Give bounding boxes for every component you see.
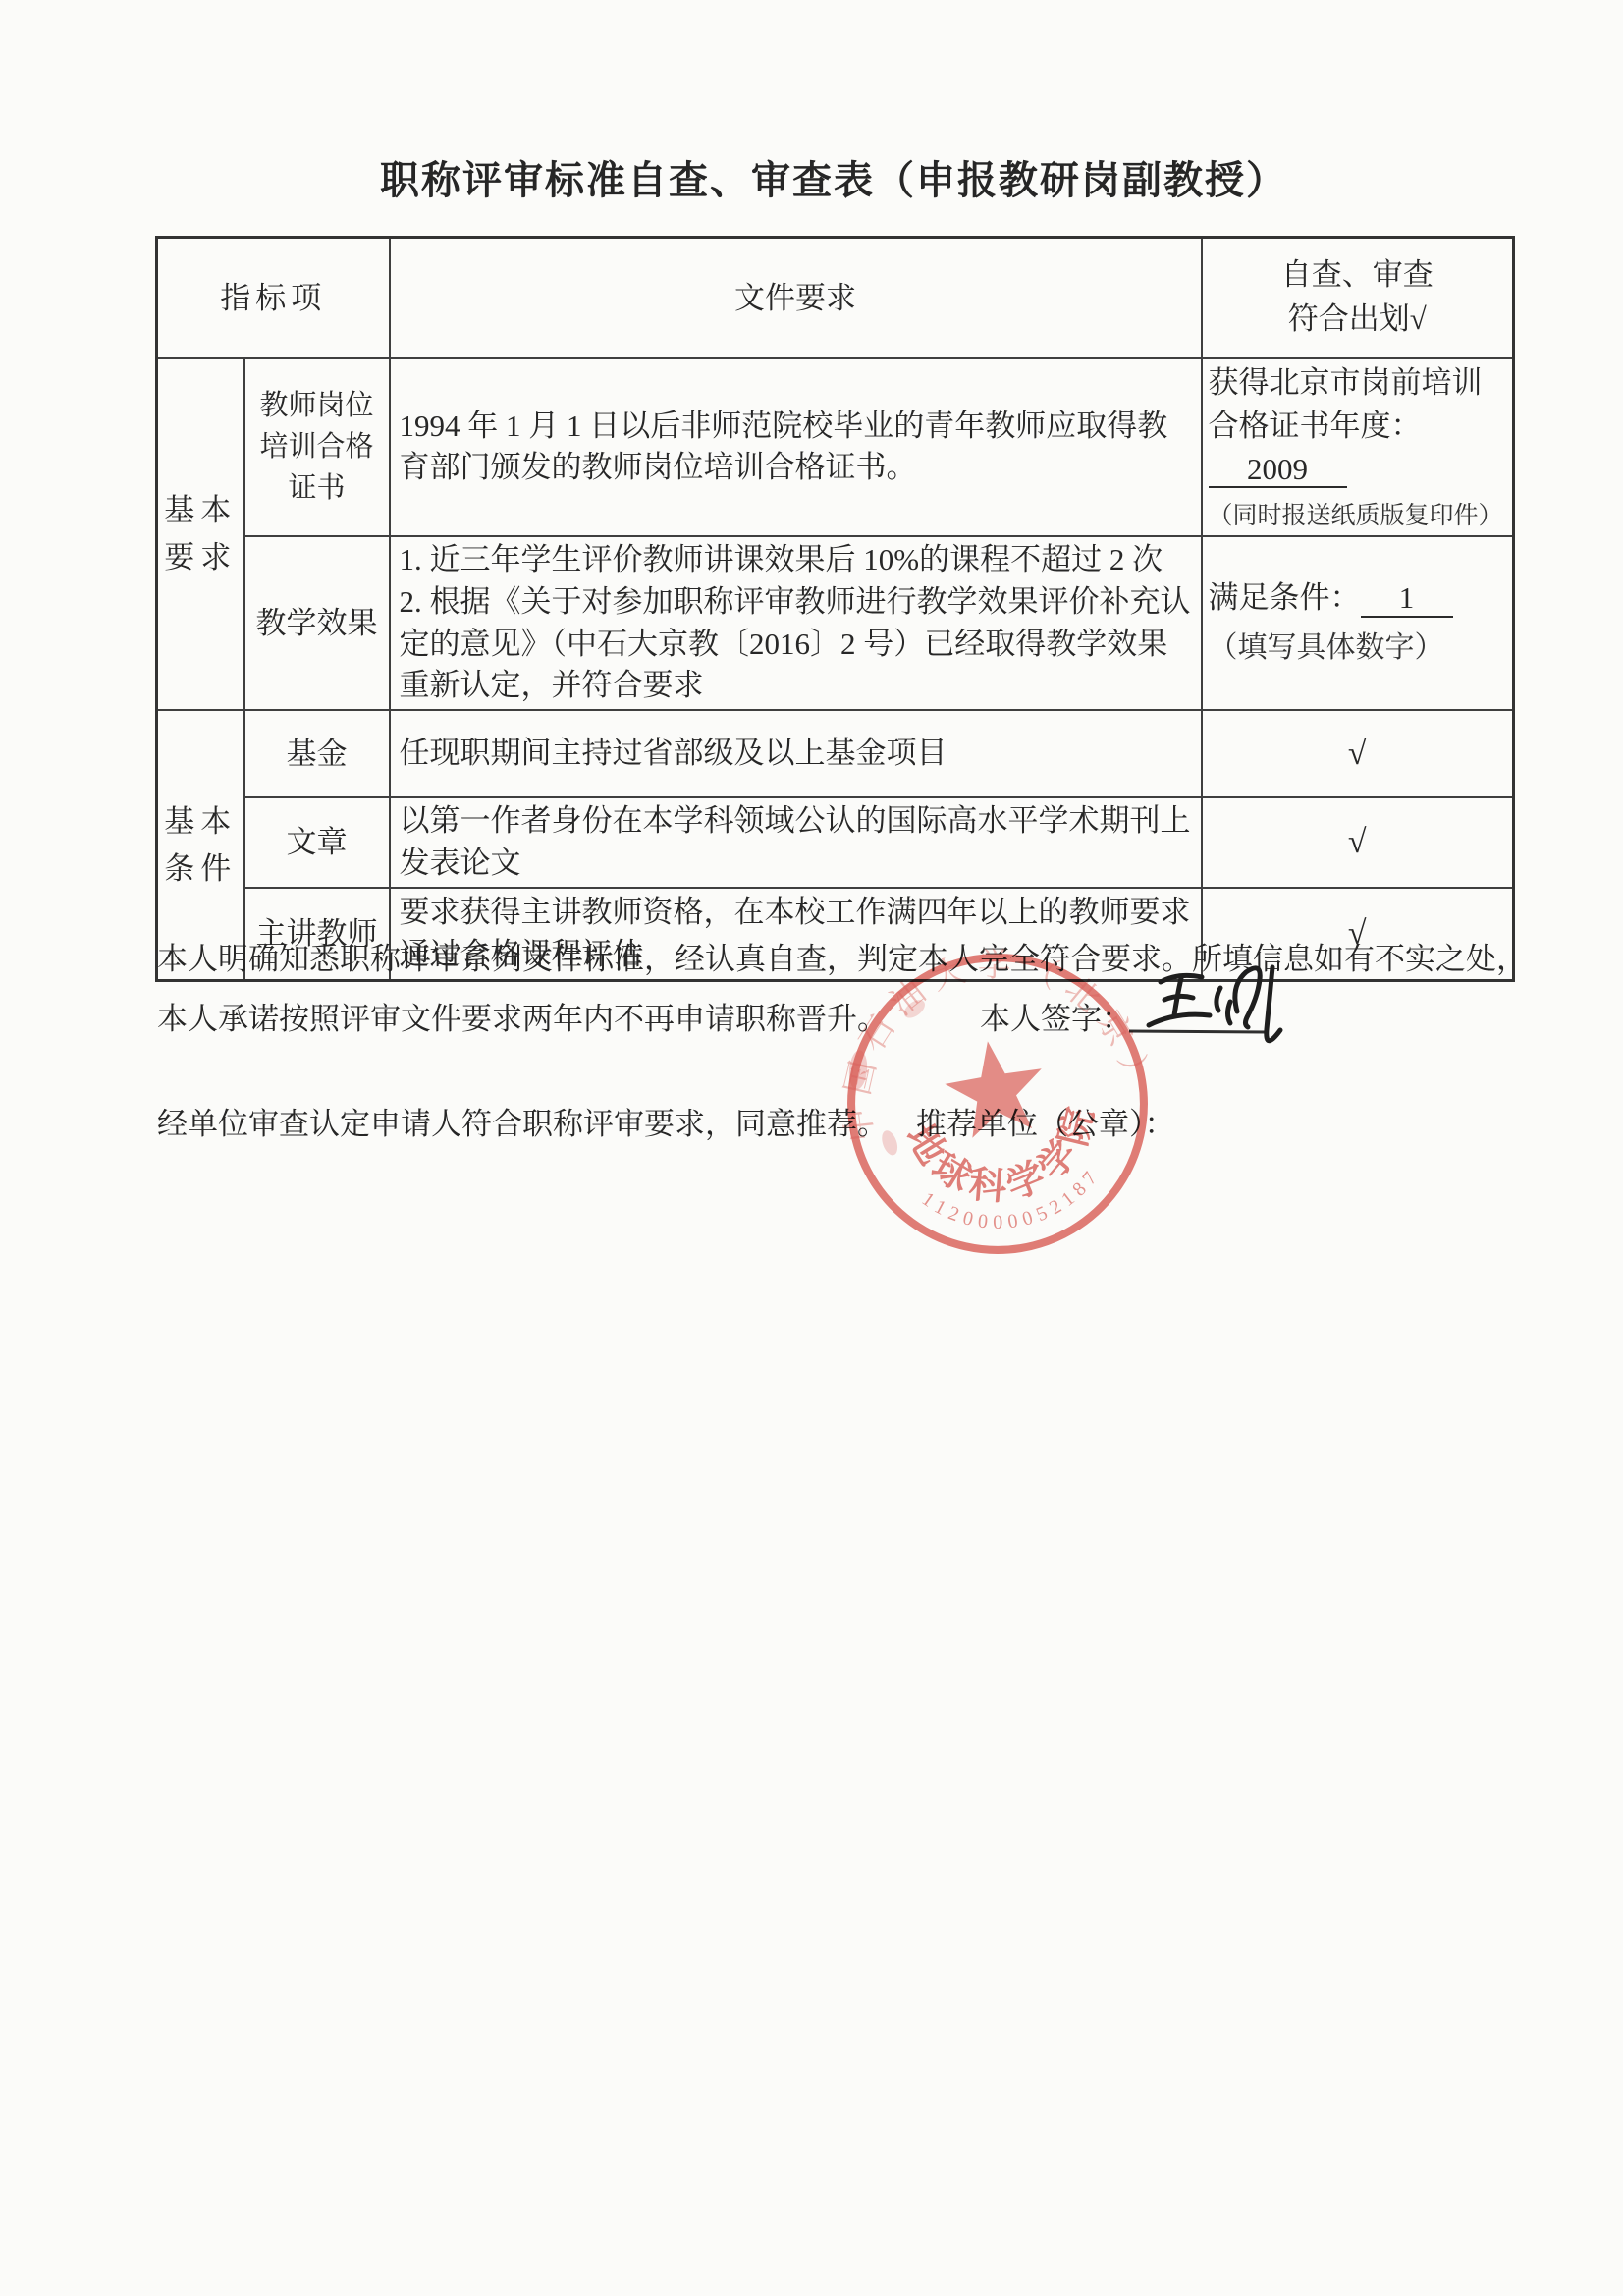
recommendation-line-text: 经单位审查认定申请人符合职称评审要求，同意推荐。: [157, 1107, 888, 1141]
item-cell-training-certificate: 教师岗位培训合格证书: [244, 358, 390, 537]
requirement-item-2: 2. 根据《关于对参加职称评审教师进行教学效果评价补充认定的意见》（中石大京教〔…: [400, 581, 1192, 707]
check-cell-training-certificate: 获得北京市岗前培训合格证书年度：2009 （同时报送纸质版复印件）: [1202, 358, 1514, 537]
requirement-cell-teaching-effect: 1. 近三年学生评价教师讲课效果后 10%的课程不超过 2 次 2. 根据《关于…: [390, 536, 1202, 710]
recommendation-line: 经单位审查认定申请人符合职称评审要求，同意推荐。 推荐单位（公章）：: [157, 1099, 1551, 1144]
requirement-item-1: 1. 近三年学生评价教师讲课效果后 10%的课程不超过 2 次: [400, 539, 1192, 581]
filled-count-value: 1: [1361, 580, 1453, 618]
declaration-line-2-text: 本人承诺按照评审文件要求两年内不再申请职称晋升。: [157, 1002, 888, 1036]
check-prefix: 获得北京市岗前培训合格证书年度：: [1209, 365, 1483, 443]
header-check-line1: 自查、审查: [1204, 253, 1512, 298]
item-cell-fund: 基金: [244, 710, 390, 797]
check-cell-fund: √: [1202, 710, 1514, 797]
check-note: （填写具体数字）: [1209, 628, 1507, 670]
review-table: 指标项 文件要求 自查、审查 符合出划√ 基本要求 教师岗位培训合格证书 199…: [155, 236, 1515, 982]
header-check: 自查、审查 符合出划√: [1202, 238, 1514, 358]
item-cell-teaching-effect: 教学效果: [244, 536, 390, 710]
declaration-line-2: 本人承诺按照评审文件要求两年内不再申请职称晋升。 本人签字：: [157, 994, 1551, 1039]
checkmark: √: [1348, 736, 1367, 772]
table-header-row: 指标项 文件要求 自查、审查 符合出划√: [157, 238, 1514, 358]
header-indicator-label: 指标项: [220, 281, 326, 315]
check-note: （同时报送纸质版复印件）: [1209, 499, 1507, 534]
table-row: 基本要求 教师岗位培训合格证书 1994 年 1 月 1 日以后非师范院校毕业的…: [157, 358, 1514, 537]
table-row: 教学效果 1. 近三年学生评价教师讲课效果后 10%的课程不超过 2 次 2. …: [157, 536, 1514, 710]
item-cell-articles: 文章: [244, 797, 390, 888]
requirement-cell-fund: 任现职期间主持过省部级及以上基金项目: [390, 710, 1202, 797]
requirement-cell-training-certificate: 1994 年 1 月 1 日以后非师范院校毕业的青年教师应取得教育部门颁发的教师…: [390, 358, 1202, 537]
check-cell-articles: √: [1202, 797, 1514, 888]
header-requirement: 文件要求: [390, 238, 1202, 358]
table-row: 基本条件 基金 任现职期间主持过省部级及以上基金项目 √: [157, 710, 1514, 797]
check-cell-teaching-effect: 满足条件：1 （填写具体数字）: [1202, 536, 1514, 710]
filled-year-value: 2009: [1209, 452, 1347, 489]
handwritten-signature: [1119, 955, 1316, 1067]
requirement-cell-articles: 以第一作者身份在本学科领域公认的国际高水平学术期刊上发表论文: [390, 797, 1202, 888]
page-title: 职称评审标准自查、审查表（申报教研岗副教授）: [155, 149, 1512, 205]
declaration-line-1: 本人明确知悉职称评审系列文件标准，经认真自查，判定本人完全符合要求。所填信息如有…: [157, 934, 1551, 979]
signature-ink: [1149, 967, 1280, 1041]
scanned-review-form-page: 职称评审标准自查、审查表（申报教研岗副教授） 指标项 文件要求 自查、审查 符合…: [0, 0, 1623, 2296]
table-row: 文章 以第一作者身份在本学科领域公认的国际高水平学术期刊上发表论文 √: [157, 797, 1514, 888]
checkmark: √: [1348, 824, 1367, 860]
group-cell-basic-requirements: 基本要求: [157, 358, 244, 711]
header-requirement-label: 文件要求: [734, 281, 856, 315]
stamp-code: 1120000052187: [915, 1161, 1111, 1246]
seal-here-label: 推荐单位（公章）：: [916, 1099, 1175, 1143]
svg-text:1120000052187: 1120000052187: [915, 1161, 1111, 1246]
header-check-line2: 符合出划√: [1204, 298, 1512, 342]
check-prefix: 满足条件：: [1209, 580, 1361, 615]
header-indicator: 指标项: [157, 238, 390, 358]
sign-here-label: 本人签字：: [980, 994, 1132, 1038]
